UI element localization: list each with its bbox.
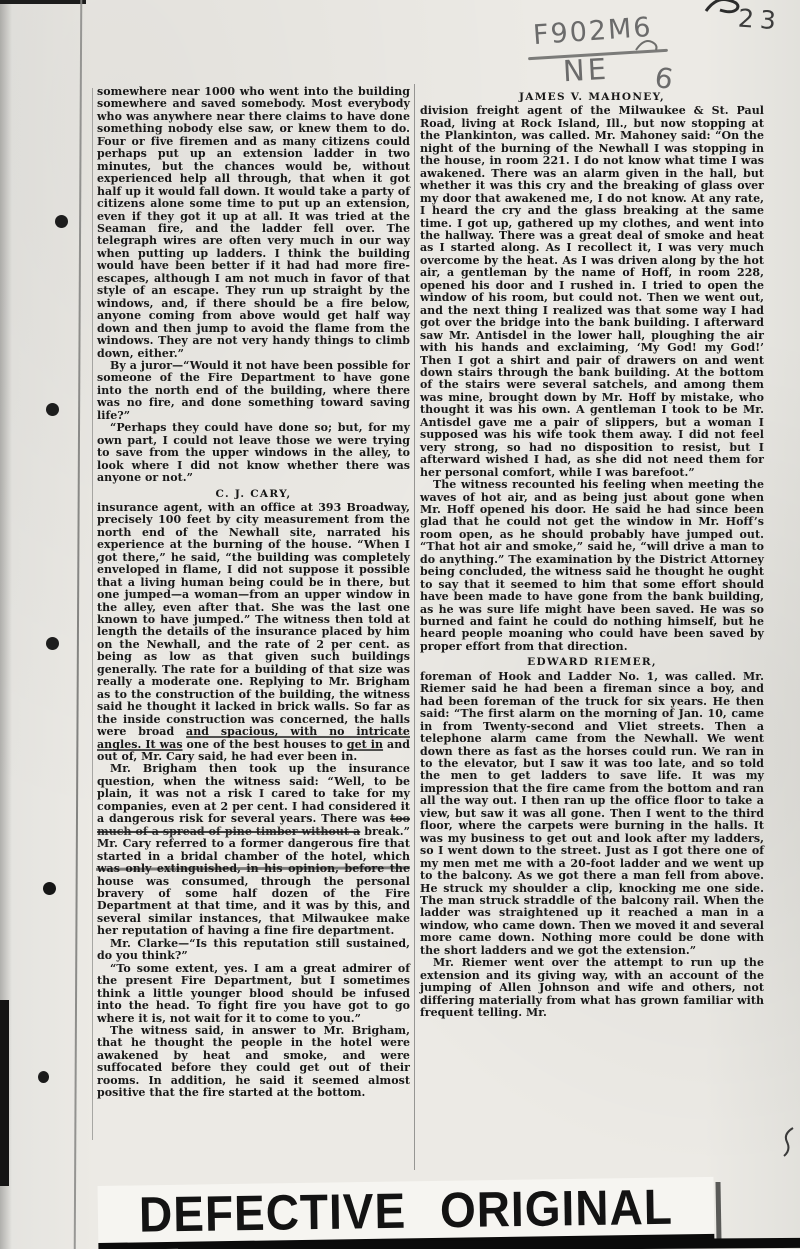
top-edge-strip bbox=[0, 0, 86, 4]
column-divider-rule bbox=[414, 84, 415, 1170]
annotated-phrase: too much of a spread of pine timber with… bbox=[97, 812, 410, 837]
article-paragraph: Mr. Clarke—“Is this reputation still sus… bbox=[97, 938, 410, 963]
article-paragraph: The witness recounted his feeling when m… bbox=[420, 479, 764, 653]
ink-dot bbox=[38, 1071, 49, 1083]
article-paragraph: Mr. Riemer went over the attempt to run … bbox=[420, 957, 764, 1019]
article-subhead: C. J. CARY, bbox=[97, 488, 410, 500]
ink-dot bbox=[55, 215, 68, 228]
article-subhead: JAMES V. MAHONEY, bbox=[420, 91, 764, 103]
article-paragraph: somewhere near 1000 who went into the bu… bbox=[97, 86, 410, 360]
pen-squiggle-mark bbox=[779, 1126, 797, 1158]
article-column-left: somewhere near 1000 who went into the bu… bbox=[97, 86, 410, 1100]
ink-dot bbox=[46, 403, 59, 416]
article-paragraph: foreman of Hook and Ladder No. 1, was ca… bbox=[420, 671, 764, 957]
article-paragraph: division freight agent of the Milwaukee … bbox=[420, 105, 764, 479]
article-column-right: JAMES V. MAHONEY,division freight agent … bbox=[420, 88, 764, 1020]
scanned-newspaper-page: F902M6 NE 6 23 somewhere near 1000 who w… bbox=[0, 0, 800, 1249]
article-subhead: EDWARD RIEMER, bbox=[420, 656, 764, 668]
article-paragraph: Mr. Brigham then took up the insurance q… bbox=[97, 763, 410, 937]
paper-edge-line bbox=[74, 0, 83, 1249]
article-paragraph: The witness said, in answer to Mr. Brigh… bbox=[97, 1025, 410, 1100]
left-column-rule bbox=[92, 88, 93, 1140]
handwritten-note-ne: NE bbox=[562, 52, 610, 88]
ink-dot bbox=[43, 882, 56, 895]
article-paragraph: “Perhaps they could have done so; but, f… bbox=[97, 422, 410, 484]
pen-curl-mark bbox=[634, 36, 660, 54]
ink-dot bbox=[46, 637, 59, 650]
article-paragraph: By a juror—“Would it not have been possi… bbox=[97, 360, 410, 422]
stamp-right-bar bbox=[715, 1182, 721, 1240]
stamp-label: DEFECTIVE ORIGINAL bbox=[139, 1177, 674, 1243]
article-paragraph: “To some extent, yes. I am a great admir… bbox=[97, 963, 410, 1025]
annotated-phrase: get in bbox=[347, 738, 383, 751]
pen-loop-mark bbox=[704, 0, 744, 14]
bottom-left-black-strip bbox=[0, 1000, 9, 1186]
article-paragraph: insurance agent, with an office at 393 B… bbox=[97, 502, 410, 764]
